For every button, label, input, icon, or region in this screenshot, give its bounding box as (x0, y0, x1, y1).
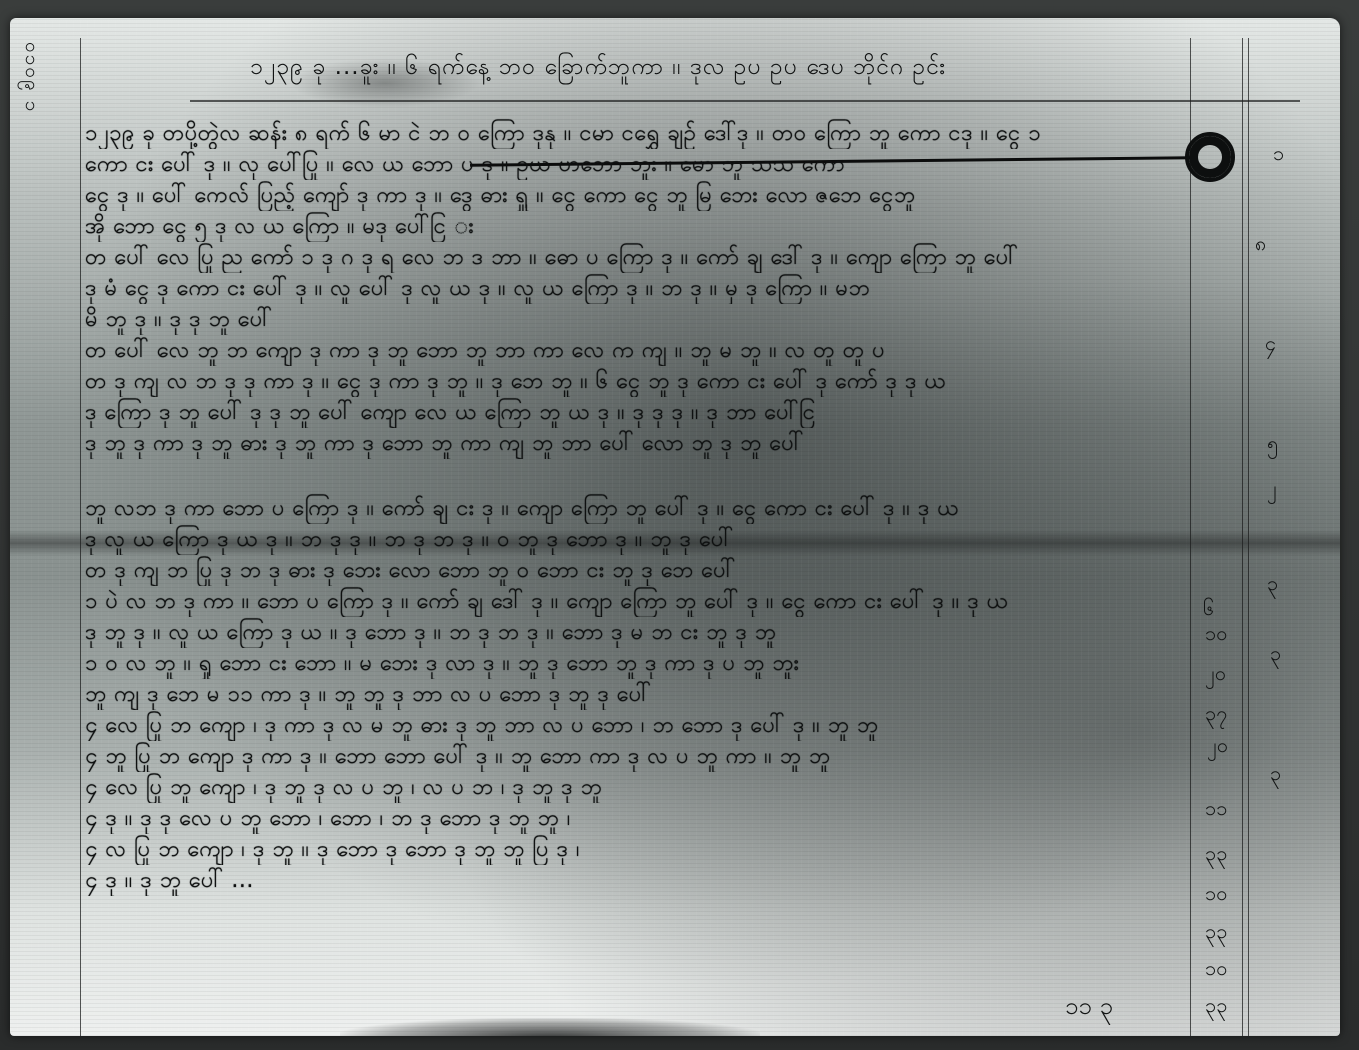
text-line: ဒု ဘူ ဒု ၊၊ လူ ယ ကြော ဒု ယ ၊၊ ဒု ဘော ဒု … (85, 617, 1195, 648)
margin-annotation: ၀၁၀၉ ၁ (18, 42, 46, 113)
tally-entry: ၃ (1270, 640, 1281, 670)
text-line: ဒု ကြော ဒု ဘူ ပေါ် ဒု ဒု ဘူ ပေါ် ကျော လေ… (85, 397, 1195, 428)
tally-entry: ၄ (1265, 330, 1276, 360)
text-line: ၄ လေ ပြု ဘူ ကျော ၊ ဒု ဘူ ဒု လ ပ ဘူ ၊ လ ပ… (85, 772, 1195, 803)
page-footer-number: ၁၁ ၃ (1065, 990, 1113, 1026)
tally-entry: ၁၁ (1205, 795, 1228, 825)
tally-entry: ၁ (1273, 140, 1284, 170)
tally-entry: ၁၀ (1205, 955, 1228, 985)
tally-entry: ၃ (1270, 760, 1281, 790)
text-line: ဒု ဘူ ဒု ကာ ဒု ဘူ ဓား ဒု ဘူ ကာ ဒု ဘော ဘူ… (85, 428, 1195, 459)
tally-entry: ၃၃ (1205, 992, 1228, 1022)
text-line: ၁ ဝ လ ဘူ ၊၊ ရှု ဘော ငး ဘော ၊၊ မ ဘေး ဒု လ… (85, 648, 1195, 679)
text-line: တ ဒု ကျ လ ဘ ဒု ဒု ကာ ဒု ၊၊ ငွေ ဒု ကာ ဒု … (85, 366, 1195, 397)
text-line: တ ပေါ် လေ ပြု ည ကော် ၁ ဒု ဂ ဒု ရ လေ ဘ ဒ … (85, 242, 1195, 273)
text-line: ဘူ လဘ ဒု ကာ ဘော ပ ကြော ဒု ၊၊ ကော် ချ ငး … (85, 493, 1195, 524)
tally-entry: ၃၃ (1205, 840, 1228, 870)
tally-entry: ၂၀ (1207, 732, 1228, 762)
tally-entry: ၅ (1267, 430, 1278, 460)
text-line: အို ဘော ငွေ ၅ ဒု လ ယ ကြော ၊၊ မဒု ပေါ်ငြ … (85, 211, 1195, 242)
text-line: မိ ဘူ ဒု ၊၊ ဒု ဒု ဘူ ပေါ် (85, 304, 1195, 335)
text-line: တ ဒု ကျ ဘ ပြု ဒု ဘ ဒု ဓား ဒု ဘေး လော ဘော… (85, 555, 1195, 586)
left-margin-rule (80, 38, 81, 1036)
tally-entry: ၃၇ (1205, 700, 1228, 730)
text-line: ဒု မံ ငွေ ဒု ကော ငး ပေါ် ဒု ၊၊ လူ ပေါ် ဒ… (85, 273, 1195, 304)
tally-entry: ၁၀ (1205, 880, 1228, 910)
tally-entry: ၁၀ (1205, 620, 1228, 650)
tally-entry: ၂၀ (1205, 660, 1226, 690)
text-line: ၁၂၃၉ ခု တပို့တွဲလ ဆန်း ၈ ရက် ၆ မာ ငဲ ဘ ဝ… (85, 118, 1195, 149)
manuscript-heading: ၁၂၃၉ ခု ...ခူး ၊၊ ၆ ရက်နေ့ ဘဝ ခြောက်ဘူကာ… (250, 52, 1150, 86)
water-stain (340, 1018, 760, 1036)
tally-entry: ၈ (1255, 230, 1266, 260)
text-line: ဒု လူ ယ ကြော ဒု ယ ဒု ၊၊ ဘ ဒု ဒု ၊၊ ဘ ဒု … (85, 524, 1195, 555)
text-line: ၁ ပဲ လ ဘ ဒု ကာ ၊၊ ဘော ပ ကြော ဒု ၊၊ ကော် … (85, 586, 1195, 617)
manuscript-body: ၁၂၃၉ ခု တပို့တွဲလ ဆန်း ၈ ရက် ၆ မာ ငဲ ဘ ဝ… (85, 118, 1195, 896)
right-column-rule-2 (1242, 38, 1243, 1036)
text-line: ၄ ဒု ၊၊ ဒု ဒု လေ ပ ဘူ ဘော ၊ ဘော ၊ ဘ ဒု ဘ… (85, 803, 1195, 834)
text-line: ၄ ဘူ ပြု ဘ ကျော ဒု ကာ ဒု ၊၊ ဘော ဘော ပေါ်… (85, 741, 1195, 772)
text-line: ၄ လေ ပြု ဘ ကျော ၊ ဒု ကာ ဒု လ မ ဘူ ဓား ဒု… (85, 710, 1195, 741)
text-line: ၄ လ ပြု ဘ ကျော ၊ ဒု ဘူ ၊၊ ဒု ဘော ဒု ဘော … (85, 834, 1195, 865)
tally-entry: ၂ (1267, 475, 1277, 505)
text-line: ငွေ ဒု ၊၊ ပေါ် ကေလ် ပြည့် ကျော် ဒု ကာ ဒု… (85, 180, 1195, 211)
text-line: ၄ ဒု ၊၊ ဒု ဘူ ပေါ် ... (85, 865, 1195, 896)
tally-entry: ၃၃ (1205, 918, 1228, 948)
text-line: တ ပေါ် လေ ဘူ ဘ ကျော ဒု ကာ ဒု ဘူ ဘော ဘူ ဘ… (85, 335, 1195, 366)
text-line: ဘူ ကျ ဒု ဘေ မ ၁၁ ကာ ဒု ၊၊ ဘူ ဘူ ဒု ဘာ လ … (85, 679, 1195, 710)
right-column-rule-3 (1248, 38, 1249, 1036)
tally-entry: ၃ (1267, 570, 1278, 600)
text-line: ကော ငး ပေါ် ဒု ၊၊ လု ပေါ်ပြု ၊၊ လေ ယ ဘော… (85, 149, 1195, 180)
